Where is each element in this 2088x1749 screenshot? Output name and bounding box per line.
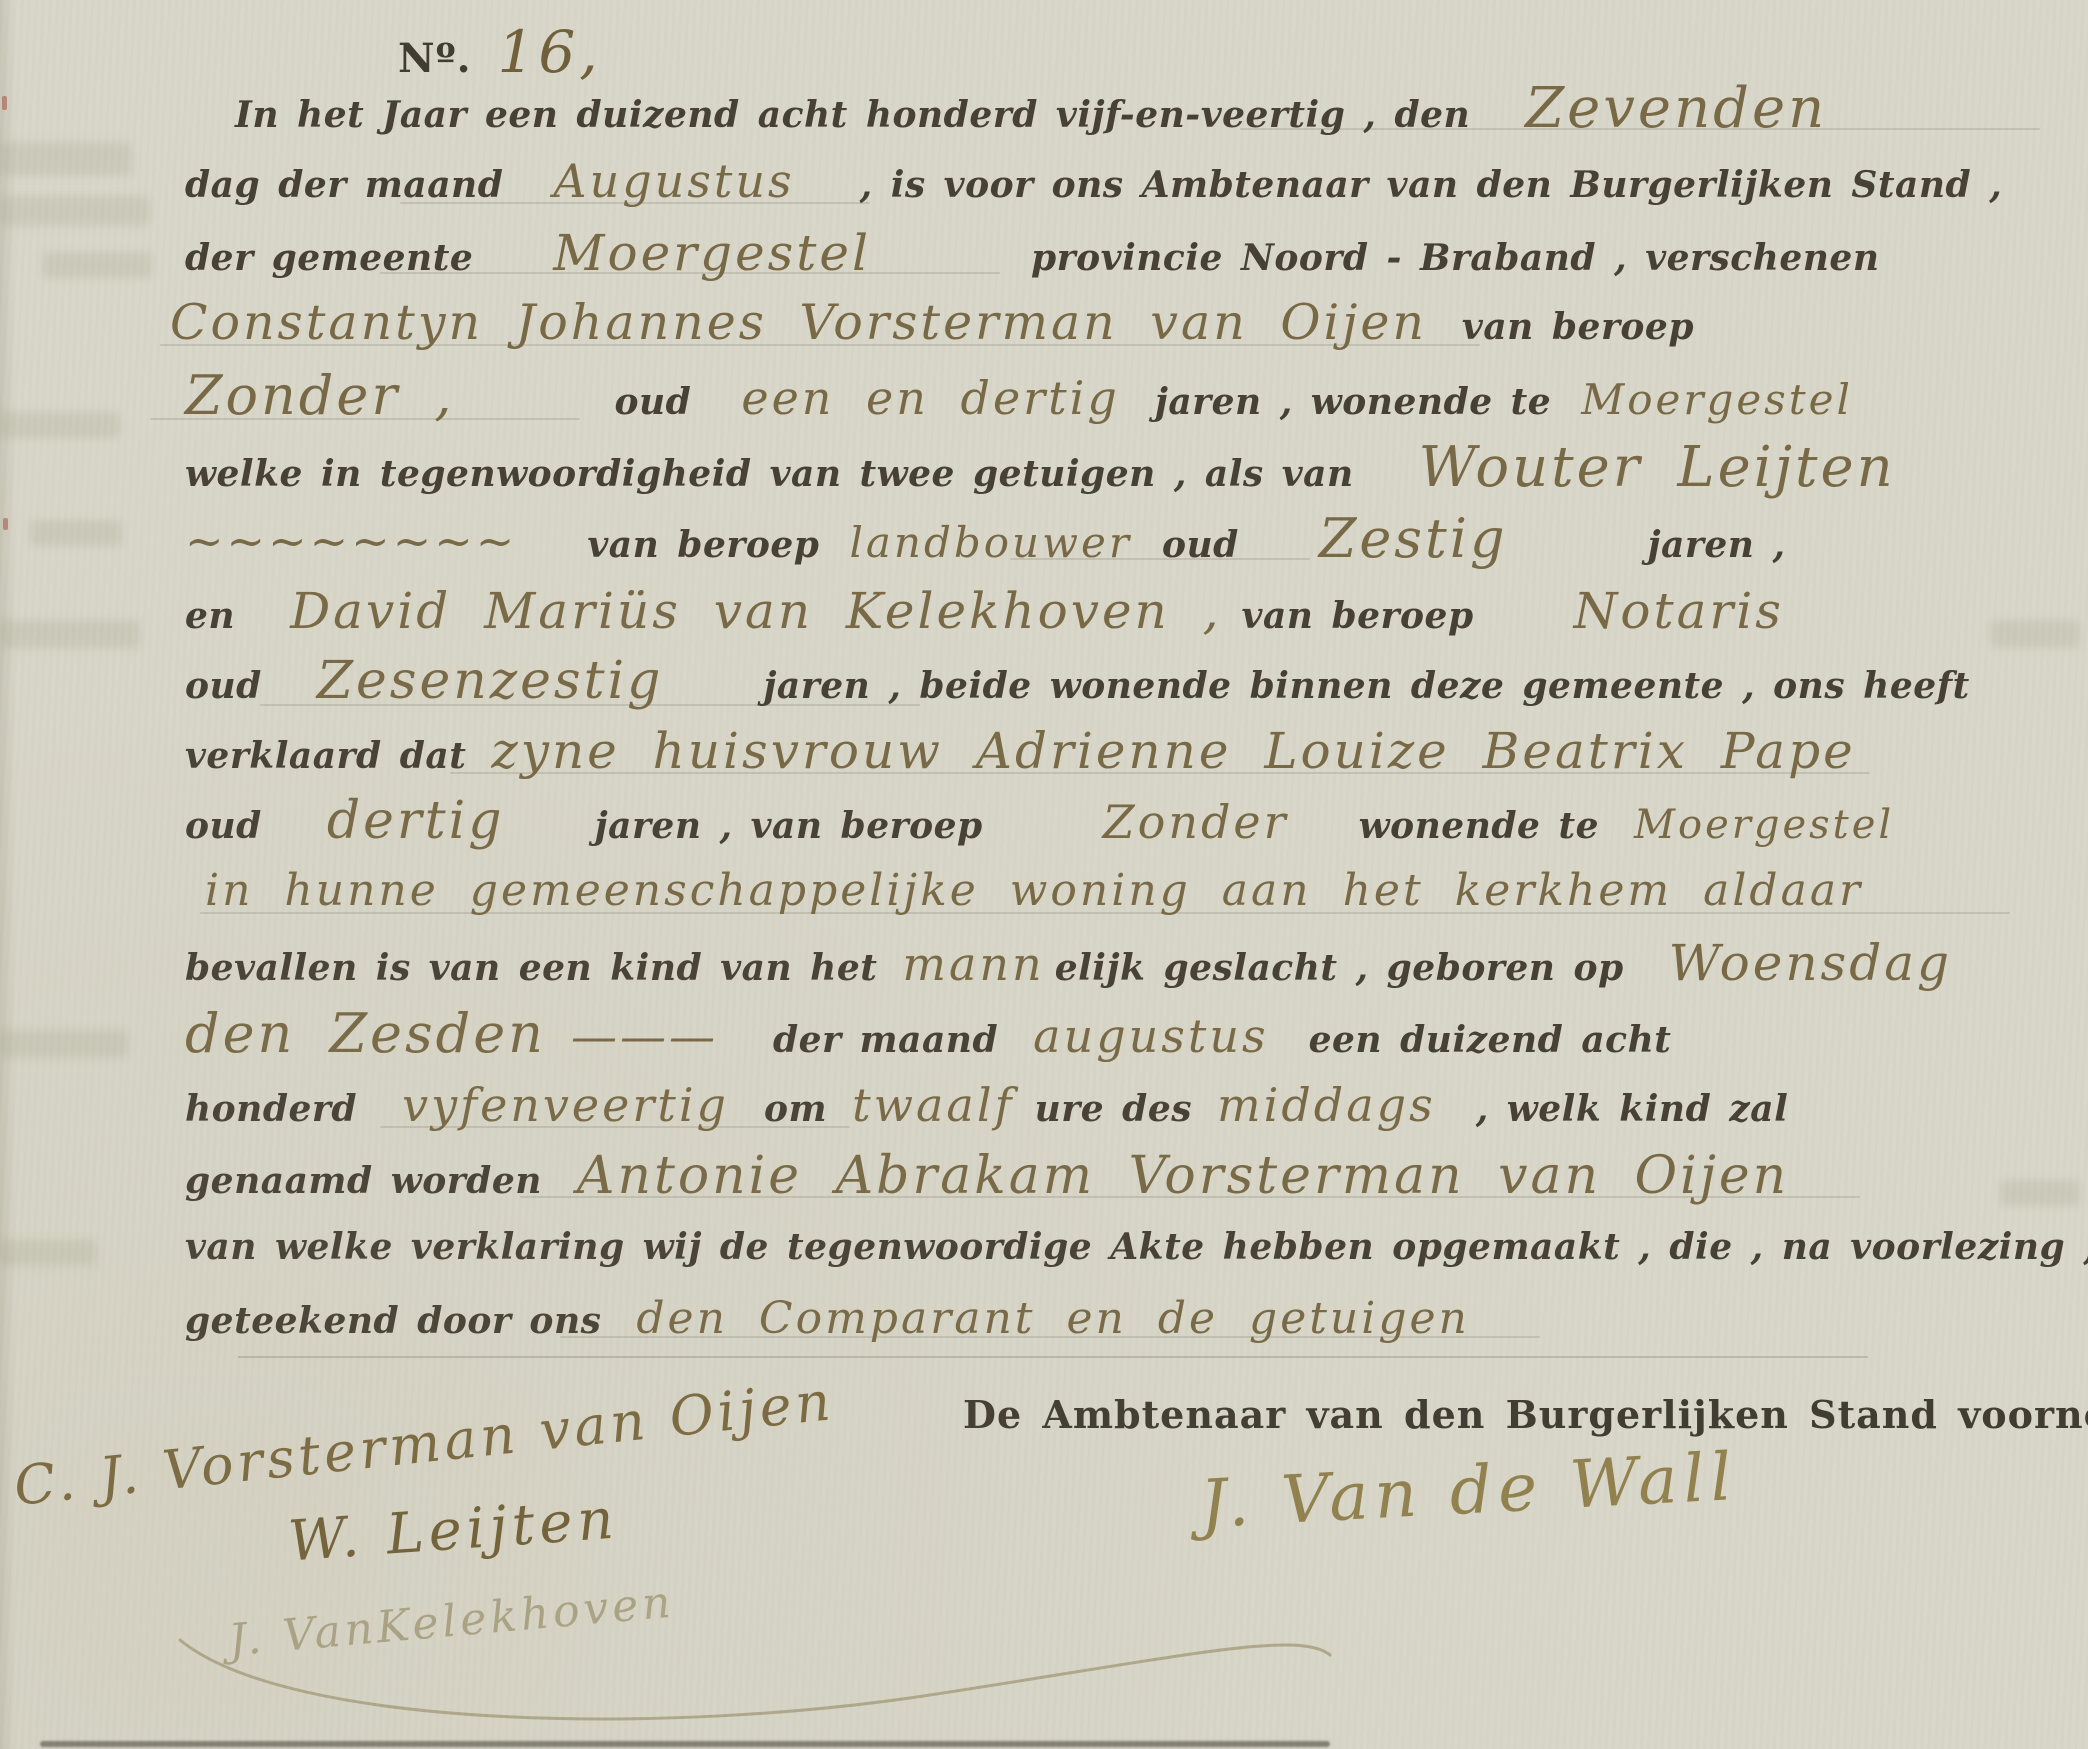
printed-text: genaamd worden — [185, 1160, 542, 1202]
handwritten-text: Moergestel — [1634, 802, 1894, 848]
handwritten-text: Zesenzestig — [317, 651, 664, 711]
handwritten-text: Moergestel — [553, 224, 871, 282]
bleedthrough-mark — [42, 252, 152, 278]
printed-text: ure des — [1035, 1088, 1192, 1130]
act-line-17: van welke verklaring wij de tegenwoordig… — [185, 1216, 2082, 1288]
handwritten-text: David Mariüs van Kelekhoven , — [290, 582, 1221, 640]
act-line-12: in hunne gemeenschappelijke woning aan h… — [185, 860, 2082, 932]
closing-title: De Ambtenaar van den Burgerlijken Stand … — [963, 1392, 2088, 1437]
act-line-7: ~~~~~~~~van beroeplandbouweroudZestigjar… — [185, 508, 2082, 580]
printed-text: jaren , wonende te — [1155, 381, 1551, 423]
bleedthrough-mark — [0, 1030, 128, 1058]
act-line-3: der gemeenteMoergestelprovincie Noord - … — [185, 222, 2082, 294]
act-number-label: Nº. — [398, 35, 472, 82]
printed-text: oud — [185, 805, 262, 847]
printed-text: jaren , van beroep — [595, 805, 983, 847]
bleedthrough-mark — [30, 520, 122, 546]
act-line-18: geteekend door onsden Comparant en de ge… — [185, 1288, 2082, 1360]
printed-text: van beroep — [1242, 595, 1474, 637]
printed-text: en — [185, 595, 235, 637]
act-line-15: honderdvyfenveertigomtwaalfure desmiddag… — [185, 1074, 2082, 1146]
printed-text: , is voor ons Ambtenaar van den Burgerli… — [860, 164, 2003, 206]
printed-text: om — [764, 1088, 827, 1130]
act-line-5: Zonder ,oudeen en dertigjaren , wonende … — [185, 365, 2082, 437]
printed-text: wonende te — [1359, 805, 1599, 847]
printed-text: , welk kind zal — [1476, 1088, 1789, 1130]
handwritten-text: Notaris — [1574, 582, 1784, 640]
handwritten-text: Zonder — [1103, 795, 1289, 849]
act-line-14: den Zesden———der maandaugustuseen duizen… — [185, 1003, 2082, 1075]
printed-text: een duizend acht — [1309, 1019, 1672, 1061]
handwritten-text: dertig — [327, 791, 505, 851]
pen-flourish — [150, 1600, 1350, 1730]
bleedthrough-mark — [0, 412, 120, 438]
signature-comparant: C. J. Vorsterman van Oijen — [11, 1369, 837, 1518]
act-line-11: ouddertigjaren , van beroepZonderwonende… — [185, 790, 2082, 862]
handwritten-text: Augustus — [553, 154, 794, 208]
handwritten-text: vyfenveertig — [402, 1078, 729, 1132]
handwritten-text: middags — [1217, 1078, 1436, 1132]
handwritten-text: Constantyn Johannes Vorsterman van Oijen — [170, 294, 1427, 351]
handwritten-text: Wouter Leijten — [1419, 435, 1896, 500]
printed-text: oud — [1162, 524, 1239, 566]
handwritten-text: zyne huisvrouw Adrienne Louize Beatrix P… — [491, 722, 1855, 780]
handwritten-text: mann — [902, 937, 1044, 991]
printed-text: verklaard dat — [185, 735, 466, 777]
handwritten-text: Woensdag — [1669, 934, 1952, 992]
act-line-16: genaamd wordenAntonie Abrakam Vorsterman… — [185, 1145, 2082, 1217]
handwritten-text: een en dertig — [741, 371, 1119, 425]
handwritten-text: Moergestel — [1581, 375, 1853, 424]
printed-text: honderd — [185, 1088, 357, 1130]
act-number: Nº.16, — [398, 18, 602, 86]
printed-text: der maand — [773, 1019, 998, 1061]
printed-text: welke in tegenwoordigheid van twee getui… — [185, 453, 1354, 495]
printed-text: van welke verklaring wij de tegenwoordig… — [185, 1226, 2088, 1268]
printed-text: In het Jaar een duizend acht honderd vij… — [235, 94, 1470, 136]
handwritten-text: Zonder , — [185, 364, 454, 427]
printed-text: der gemeente — [185, 237, 473, 279]
bleedthrough-mark — [0, 620, 140, 648]
handwritten-text: twaalf — [852, 1078, 1014, 1132]
printed-text: jaren , beide wonende binnen deze gemeen… — [763, 665, 1969, 707]
printed-text: van beroep — [1462, 306, 1694, 348]
signature-witness-leijten: W. Leijten — [286, 1487, 620, 1575]
handwritten-text: Zevenden — [1525, 76, 1827, 141]
printed-text: oud — [185, 665, 262, 707]
handwritten-text: ~~~~~~~~ — [185, 514, 517, 568]
handwritten-text: augustus — [1033, 1009, 1268, 1063]
printed-text: provincie Noord - Braband , verschenen — [1031, 237, 1880, 279]
handwritten-text: landbouwer — [849, 518, 1132, 567]
act-number-value: 16, — [498, 18, 602, 86]
printed-text: jaren , — [1648, 524, 1786, 566]
bleedthrough-mark — [0, 142, 132, 176]
printed-text: bevallen is van een kind van het — [185, 947, 877, 989]
divider-rule — [238, 1356, 1868, 1358]
printed-text: elijk geslacht , geboren op — [1055, 947, 1624, 989]
handwritten-text: den Zesden — [185, 1002, 546, 1065]
act-line-1: In het Jaar een duizend acht honderd vij… — [185, 78, 2082, 150]
act-line-9: oudZesenzestigjaren , beide wonende binn… — [185, 650, 2082, 722]
handwritten-text: Zestig — [1319, 507, 1508, 570]
act-line-13: bevallen is van een kind van hetmannelij… — [185, 932, 2082, 1004]
printed-text: van beroep — [587, 524, 819, 566]
scan-edge — [40, 1741, 1330, 1747]
handwritten-text: Antonie Abrakam Vorsterman van Oijen — [577, 1146, 1789, 1206]
act-line-6: welke in tegenwoordigheid van twee getui… — [185, 437, 2082, 509]
act-line-8: enDavid Mariüs van Kelekhoven ,van beroe… — [185, 580, 2082, 652]
act-line-2: dag der maandAugustus, is voor ons Ambte… — [185, 150, 2082, 222]
signature-registrar: J. Van de Wall — [1198, 1438, 1739, 1543]
act-line-4: Constantyn Johannes Vorsterman van Oijen… — [185, 292, 2082, 364]
handwritten-text: den Comparant en de getuigen — [636, 1293, 1469, 1344]
printed-text: geteekend door ons — [185, 1300, 601, 1342]
scanned-birth-certificate: Nº.16, In het Jaar een duizend acht hond… — [0, 0, 2088, 1749]
handwritten-text: in hunne gemeenschappelijke woning aan h… — [205, 865, 1863, 916]
printed-text: oud — [614, 381, 691, 423]
handwritten-text: ——— — [571, 1009, 718, 1063]
bleedthrough-mark — [0, 196, 150, 226]
printed-text: dag der maand — [185, 164, 503, 206]
act-line-10: verklaard datzyne huisvrouw Adrienne Lou… — [185, 720, 2082, 792]
